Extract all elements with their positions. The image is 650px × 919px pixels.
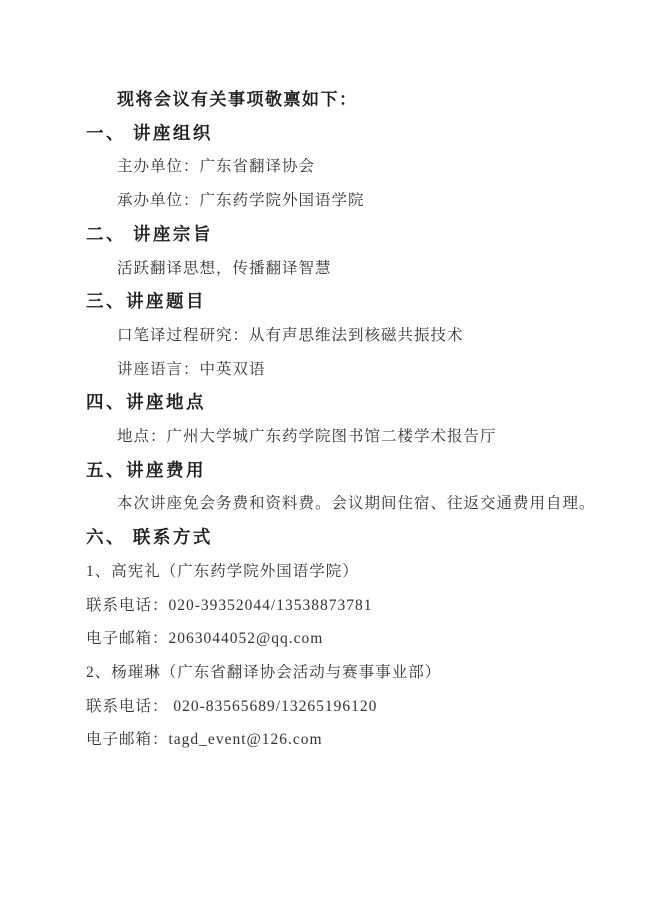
- purpose-line: 活跃翻译思想，传播翻译智慧: [117, 252, 610, 286]
- lecture-language-line: 讲座语言：中英双语: [117, 353, 610, 387]
- section-heading-venue: 四、讲座地点: [86, 386, 610, 420]
- contact-2-name: 2、杨璀琳（广东省翻译协会活动与赛事事业部）: [86, 656, 610, 690]
- organizer-unit-line: 承办单位：广东药学院外国语学院: [117, 184, 610, 218]
- venue-line: 地点：广州大学城广东药学院图书馆二楼学术报告厅: [117, 420, 610, 454]
- lecture-topic-line: 口笔译过程研究：从有声思维法到核磁共振技术: [117, 319, 610, 353]
- document-page: 现将会议有关事项敬禀如下： 一、 讲座组织 主办单位：广东省翻译协会 承办单位：…: [0, 0, 650, 919]
- section-heading-purpose: 二、 讲座宗旨: [86, 218, 610, 252]
- section-heading-fees: 五、讲座费用: [86, 454, 610, 488]
- section-heading-contacts: 六、 联系方式: [86, 521, 610, 555]
- contact-1-email: 电子邮箱：2063044052@qq.com: [86, 622, 610, 656]
- intro-line: 现将会议有关事项敬禀如下：: [117, 83, 610, 117]
- fees-line: 本次讲座免会务费和资料费。会议期间住宿、往返交通费用自理。: [117, 487, 610, 521]
- section-heading-topic: 三、讲座题目: [86, 285, 610, 319]
- section-heading-organization: 一、 讲座组织: [86, 117, 610, 151]
- contact-1-name: 1、高宪礼（广东药学院外国语学院）: [86, 555, 610, 589]
- contact-2-phone: 联系电话： 020-83565689/13265196120: [86, 690, 610, 724]
- contact-1-phone: 联系电话：020-39352044/13538873781: [86, 589, 610, 623]
- contact-2-email: 电子邮箱：tagd_event@126.com: [86, 723, 610, 757]
- host-unit-line: 主办单位：广东省翻译协会: [117, 150, 610, 184]
